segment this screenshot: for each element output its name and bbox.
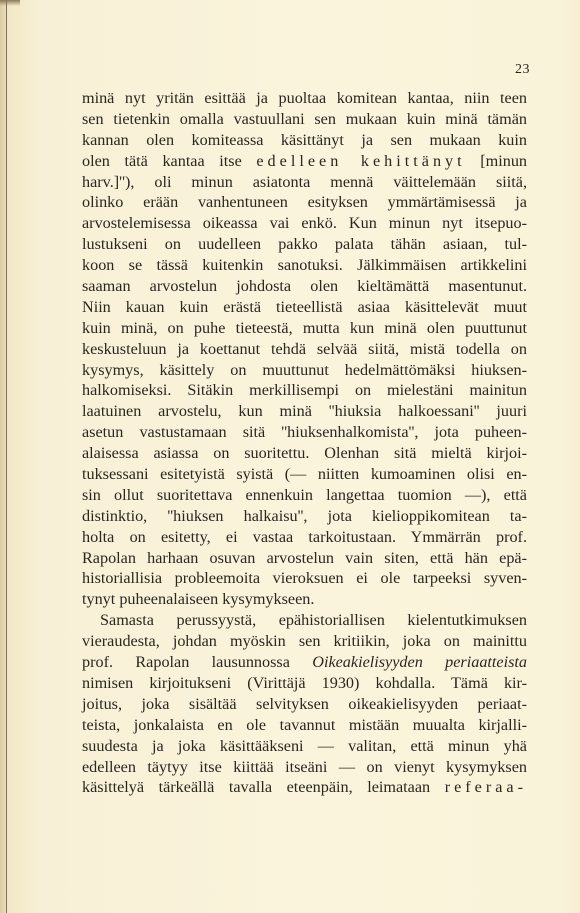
paragraph-start-line: Samasta perussyystä, epähistoriallisen k…	[82, 610, 527, 631]
text-line: tuksessani esitetyistä syistä (— niitten…	[82, 464, 527, 485]
text-line: holta on esitetty, ei vastaa tarkoitusta…	[82, 527, 527, 548]
page-binding-edge	[6, 0, 7, 913]
text-fragment: [minun	[466, 152, 527, 170]
text-line: keskusteluun ja koettanut tehdä selvää s…	[82, 339, 527, 360]
text-line: sin ollut suoritettava ennenkuin langett…	[82, 485, 527, 506]
text-line: teista, jonkalaista en ole tavannut mist…	[82, 715, 527, 736]
text-line: laatuinen arvostelu, kun minä ''hiuksia …	[82, 401, 527, 422]
text-line: suudesta ja joka käsittääkseni — valitan…	[82, 736, 527, 757]
text-line: olen tätä kantaa itse edelleen kehittäny…	[82, 151, 527, 172]
text-line: nimisen kirjoitukseni (Virittäjä 1930) k…	[82, 673, 527, 694]
text-line: vieraudesta, johdan myöskin sen kritiiki…	[82, 631, 527, 652]
text-line: halkomiseksi. Sitäkin merkillisempi on m…	[82, 380, 527, 401]
text-line: saaman arvostelun johdosta olen kieltämä…	[82, 276, 527, 297]
text-line: minä nyt yritän esittää ja puoltaa komit…	[82, 88, 527, 109]
text-line: prof. Rapolan lausunnossa Oikeakielisyyd…	[82, 652, 527, 673]
page-corner-shadow	[0, 0, 20, 6]
text-line: Rapolan harhaan osuvan arvostelun vain s…	[82, 548, 527, 569]
text-fragment: prof. Rapolan lausunnossa	[82, 653, 312, 671]
text-line: olinko erään vanhentuneen esityksen ymmä…	[82, 192, 527, 213]
emphasized-spaced-text: referaa-	[445, 778, 527, 796]
text-line: sen tietenkin omalla vastuullani sen muk…	[82, 109, 527, 130]
text-line: asetun vastustamaan sitä ''hiuksenhalkom…	[82, 422, 527, 443]
text-line: kysymys, käsittely on muuttunut hedelmät…	[82, 360, 527, 381]
text-fragment: käsittelyä tärkeällä tavalla eteenpäin, …	[82, 778, 445, 796]
text-line: historiallisia probleemoita vieroksuen e…	[82, 568, 527, 589]
text-line: edelleen täytyy itse kiittää itseäni — o…	[82, 757, 527, 778]
text-line: lustukseni on uudelleen pakko palata täh…	[82, 234, 527, 255]
text-line: koon se tässä kuitenkin sanotuksi. Jälki…	[82, 255, 527, 276]
body-text: minä nyt yritän esittää ja puoltaa komit…	[82, 88, 527, 798]
text-fragment: olen tätä kantaa itse	[82, 152, 256, 170]
page-number: 23	[515, 62, 530, 78]
text-line: harv.]''), oli minun asiatonta mennä väi…	[82, 172, 527, 193]
text-line: käsittelyä tärkeällä tavalla eteenpäin, …	[82, 777, 527, 798]
text-line: joitus, joka sisältää selvityksen oikeak…	[82, 694, 527, 715]
emphasized-spaced-text: edelleen kehittänyt	[256, 152, 465, 170]
text-line: alaisessa asiassa on suoritettu. Olenhan…	[82, 443, 527, 464]
text-line: kannan olen komiteassa käsittänyt ja sen…	[82, 130, 527, 151]
paragraph-end-line: tynyt puheenalaiseen kysymykseen.	[82, 589, 527, 610]
text-line: kuin minä, on puhe tieteestä, mutta kun …	[82, 318, 527, 339]
text-line: distinktio, ''hiuksen halkaisu'', jota k…	[82, 506, 527, 527]
italic-title: Oikeakielisyyden periaatteista	[312, 653, 527, 671]
text-line: Niin kauan kuin erästä tieteellistä asia…	[82, 297, 527, 318]
text-line: arvostelemisessa oikeassa vai enkö. Kun …	[82, 213, 527, 234]
